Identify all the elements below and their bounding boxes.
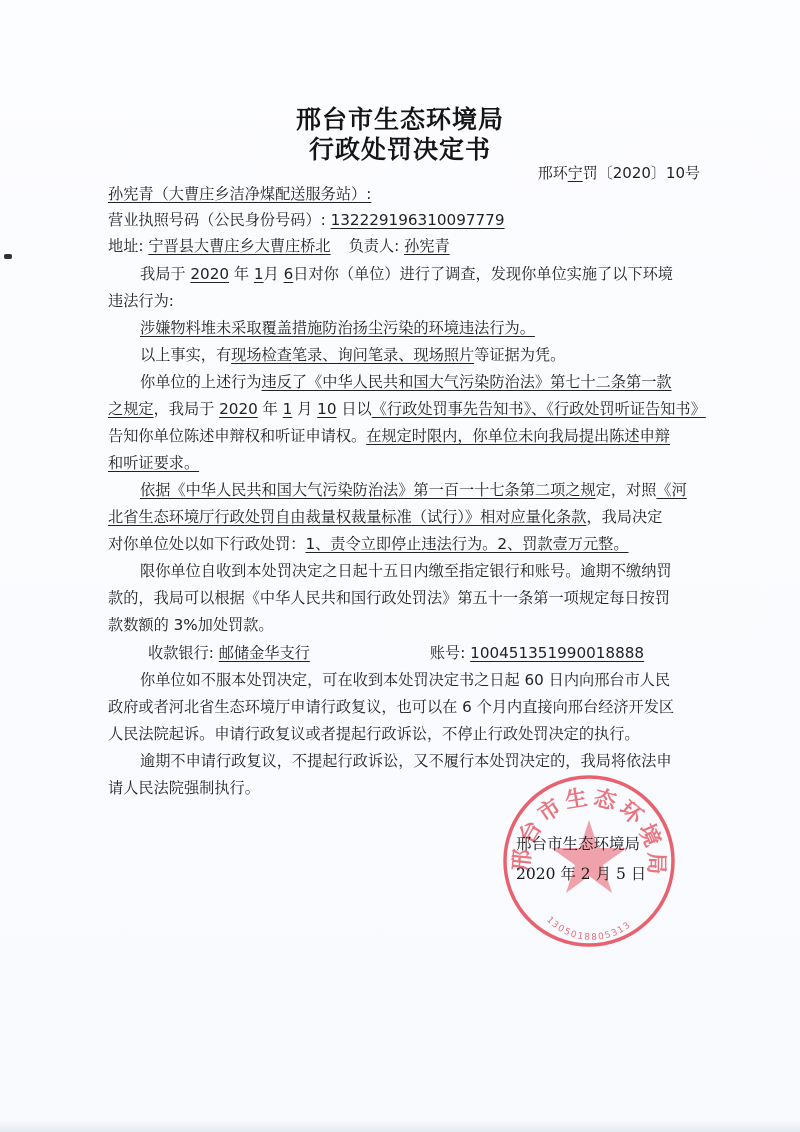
doc-number-prefix: 邢环 (538, 164, 568, 182)
text: 日对你（单位）进行了调查，发现你单位实施了以下环境 (293, 265, 673, 283)
bank-label: 收款银行: (148, 644, 214, 662)
text: 之规定 (108, 400, 154, 418)
notice-documents: 《行政处罚事先告知书》、《行政处罚听证告知书》 (372, 400, 706, 418)
recipient-line: 孙宪青（大曹庄乡洁净煤配送服务站）: (108, 184, 698, 204)
para5-line3: 款数额的 3%加处罚款。 (108, 615, 698, 635)
para4-line2: 北省生态环境厅行政处罚自由裁量权裁量标准（试行）》相对应量化条款，我局决定 (108, 507, 698, 527)
text: 《河 (656, 481, 686, 499)
text: 我局于 (140, 265, 186, 283)
text: 年 (263, 400, 278, 418)
para1-line1: 我局于 2020 年 1月 6日对你（单位）进行了调查，发现你单位实施了以下环境 (140, 264, 730, 284)
inspection-month: 1 (254, 265, 264, 283)
account-number: 100451351990018888 (470, 644, 644, 662)
license-label: 营业执照号码（公民身份号码）: (108, 211, 326, 229)
text: 你单位的上述行为 (140, 373, 262, 391)
text: 定，对照 (596, 481, 657, 499)
person-value: 孙宪青 (404, 237, 450, 255)
text: 在规定时限内，你单位未向我局提出陈述申辩 (366, 427, 670, 445)
signature-org: 邢台市生态环境局 (516, 832, 640, 854)
violation-text: 涉嫌物料堆未采取覆盖措施防治扬尘污染的环境违法行为。 (140, 319, 535, 337)
notice-day: 10 (317, 400, 336, 418)
para3-line3: 告知你单位陈述申辩权和听证申请权。在规定时限内，你单位未向我局提出陈述申辩 (108, 426, 698, 446)
bank-name: 邮储金华支行 (219, 644, 310, 662)
text: 对你单位处以如下行政处罚： (108, 535, 305, 553)
text: 告知你单位陈述申辩权和听证申请权。 (108, 427, 366, 445)
text: 月 (264, 265, 279, 283)
person-label: 负责人: (349, 237, 400, 255)
doc-number-underlined: 宁 (568, 164, 583, 182)
violation-line: 涉嫌物料堆未采取覆盖措施防治扬尘污染的环境违法行为。 (140, 318, 730, 338)
address-label: 地址: (108, 237, 144, 255)
address-line: 地址: 宁晋县大曹庄乡大曹庄桥北负责人: 孙宪青 (108, 236, 698, 256)
para4-line3: 对你单位处以如下行政处罚：1、责令立即停止违法行为。2、罚款壹万元整。 (108, 534, 698, 554)
text: 和听证要求。 (108, 454, 199, 472)
para3-line4: 和听证要求。 (108, 453, 698, 473)
para3-line1: 你单位的上述行为违反了《中华人民共和国大气污染防治法》第七十二条第一款 (140, 372, 730, 392)
official-seal-icon: 邢台市生态环境局 1305018805313 (500, 772, 678, 950)
para4-line1: 依据《中华人民共和国大气污染防治法》第一百一十七条第二项之规定，对照《河 (140, 480, 730, 500)
para5-line1: 限你单位自收到本处罚决定之日起十五日内缴至指定银行和账号。逾期不缴纳罚 (140, 561, 730, 581)
text: ，我局于 (154, 400, 215, 418)
signature-date: 2020 年 2 月 5 日 (516, 862, 646, 884)
bank-line: 收款银行: 邮储金华支行账号: 100451351990018888 (148, 643, 738, 663)
document-title-type: 行政处罚决定书 (0, 130, 800, 166)
account-label: 账号: (430, 644, 466, 662)
document-number: 邢环宁罚〔2020〕10号 (538, 162, 700, 183)
para1-line2: 违法行为: (108, 291, 698, 311)
recipient: 孙宪青（大曹庄乡洁净煤配送服务站）: (108, 185, 371, 203)
discretion-standard: 北省生态环境厅行政处罚自由裁量权裁量标准（试行）》相对应量化条款 (108, 508, 586, 526)
inspection-day: 6 (284, 265, 294, 283)
para6-line2: 政府或者河北省生态环境厅申请行政复议，也可以在 6 个月内直接向邢台经济开发区 (108, 697, 698, 717)
text: 日以 (341, 400, 371, 418)
scan-edge (0, 1120, 800, 1132)
violated-law: 违反了《中华人民共和国大气污染防治法》第七十二条第一款 (262, 373, 672, 391)
para6-line1: 你单位如不服本处罚决定，可在收到本处罚决定书之日起 60 日内向邢台市人民 (140, 670, 730, 690)
address-value: 宁晋县大曹庄乡大曹庄桥北 (148, 237, 330, 255)
penalty-law: 依据《中华人民共和国大气污染防治法》第一百一十七条第二项之规 (140, 481, 596, 499)
text: 以上事实，有 (140, 346, 231, 364)
penalty-decision: 1、责令立即停止违法行为。2、罚款壹万元整。 (305, 535, 628, 553)
para6-line3: 人民法院起诉。申请行政复议或者提起行政诉讼，不停止行政处罚决定的执行。 (108, 724, 698, 744)
evidence-items: 现场检查笔录、询问笔录、现场照片 (231, 346, 474, 364)
doc-number-suffix: 罚〔2020〕10号 (583, 164, 700, 182)
text: ，我局决定 (586, 508, 662, 526)
text: 等证据为凭。 (474, 346, 565, 364)
para7-line1: 逾期不申请行政复议，不提起行政诉讼，又不履行本处罚决定的，我局将依法申 (140, 751, 730, 771)
text: 年 (234, 265, 249, 283)
para5-line2: 款的，我局可以根据《中华人民共和国行政处罚法》第五十一条第一项规定每日按罚 (108, 588, 698, 608)
license-line: 营业执照号码（公民身份号码）: 132229196310097779 (108, 210, 698, 230)
notice-month: 1 (283, 400, 293, 418)
inspection-year: 2020 (190, 265, 229, 283)
notice-year: 2020 (219, 400, 258, 418)
license-value: 132229196310097779 (331, 211, 505, 229)
para3-line2: 之规定，我局于 2020 年 1 月 10 日以《行政处罚事先告知书》、《行政处… (108, 399, 698, 419)
scan-artifact (4, 254, 12, 259)
text: 月 (297, 400, 312, 418)
evidence-line: 以上事实，有现场检查笔录、询问笔录、现场照片等证据为凭。 (140, 345, 730, 365)
document-page: 邢台市生态环境局 行政处罚决定书 邢环宁罚〔2020〕10号 孙宪青（大曹庄乡洁… (0, 0, 800, 1132)
